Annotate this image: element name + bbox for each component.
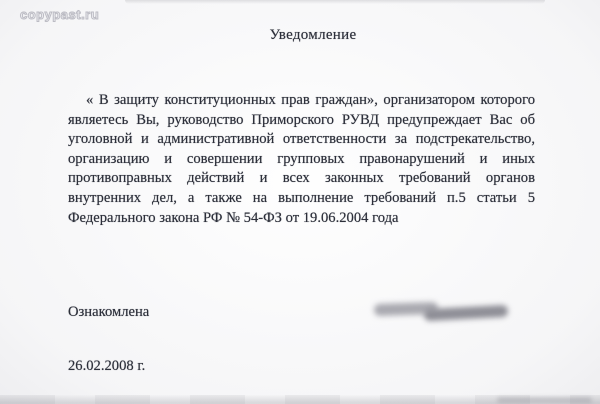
document-date: 26.02.2008 г. xyxy=(68,356,145,376)
body-paragraph: « В защиту конституционных прав граждан»… xyxy=(68,91,535,228)
watermark-copypast: copypast.ru xyxy=(20,7,99,22)
paragraph-line: организацию и совершении групповых право… xyxy=(68,150,535,170)
scanned-document-page: copypast.ru Уведомление « В защиту конст… xyxy=(0,0,600,404)
paragraph-line: являетесь Вы, руководство Приморского РУ… xyxy=(68,111,535,131)
scan-edge-top xyxy=(125,0,545,4)
acknowledgment-label: Ознакомлена xyxy=(68,302,149,322)
paragraph-line: Федерального закона РФ № 54-ФЗ от 19.06.… xyxy=(68,209,535,229)
paragraph-line: противоправных действий и всех законных … xyxy=(68,169,535,189)
paragraph-line: внутренних дел, а также на выполнение тр… xyxy=(68,189,535,209)
paragraph-line: « В защиту конституционных прав граждан»… xyxy=(68,91,535,111)
scan-smudge xyxy=(497,397,592,403)
document-title: Уведомление xyxy=(80,27,546,44)
paragraph-line: уголовной и административной ответственн… xyxy=(68,130,535,150)
signature-blur xyxy=(372,297,512,327)
